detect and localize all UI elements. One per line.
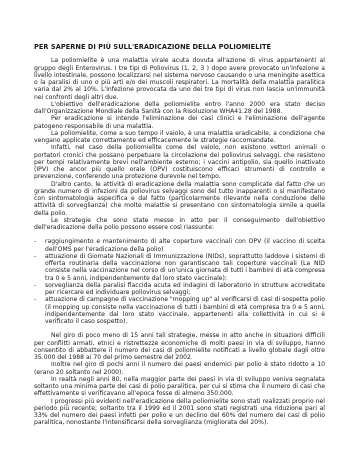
paragraph-outro-2: Inoltre nel giro di pochi anni il numero… [34,361,325,376]
spacer [34,325,325,332]
paragraph-outro-1: Nel giro di poco meno di 15 anni tali st… [34,332,325,361]
strategy-item: -raggiungimento e mantenimento di alte c… [34,238,325,253]
strategy-text: attuazione di Giornate Nazionali di Immu… [45,253,325,282]
list-dash: - [34,238,36,245]
strategy-text: attuazione di campagne di vaccinazione "… [45,296,325,325]
paragraph-intro-4: La poliomielite, come a suo tempo il vai… [34,130,325,145]
strategies-list: -raggiungimento e mantenimento di alte c… [34,238,325,325]
list-dash: - [34,296,36,303]
list-dash: - [34,282,36,289]
list-dash: - [34,253,36,260]
document-title: PER SAPERNE DI PIÙ SULL'ERADICAZIONE DEL… [34,44,325,51]
paragraph-intro-5: Infatti, nel caso della poliomielite com… [34,144,325,180]
paragraph-intro-2: L'obiettivo dell'eradicazione della poli… [34,101,325,116]
paragraph-outro-4: I progressi più evidenti nell'eradicazio… [34,398,325,427]
paragraph-intro-1: La poliomielite è una malattia virale ac… [34,57,325,101]
paragraph-intro-7: Le strategie che sono state messe in att… [34,217,325,232]
paragraph-intro-6: D'altro canto, le attività di eradicazio… [34,181,325,217]
document-page: PER SAPERNE DI PIÙ SULL'ERADICAZIONE DEL… [34,44,325,427]
strategy-item: -attuazione di campagne di vaccinazione … [34,296,325,325]
strategy-item: -sorveglianza della paralisi flaccida ac… [34,282,325,297]
paragraph-outro-3: In realtà negli anni 80, nella maggior p… [34,376,325,398]
paragraph-intro-3: Per eradicazione si intende l'eliminazio… [34,115,325,130]
strategy-text: sorveglianza della paralisi flaccida acu… [45,282,325,296]
strategy-item: -attuazione di Giornate Nazionali di Imm… [34,253,325,282]
strategy-text: raggiungimento e mantenimento di alte co… [45,238,325,252]
